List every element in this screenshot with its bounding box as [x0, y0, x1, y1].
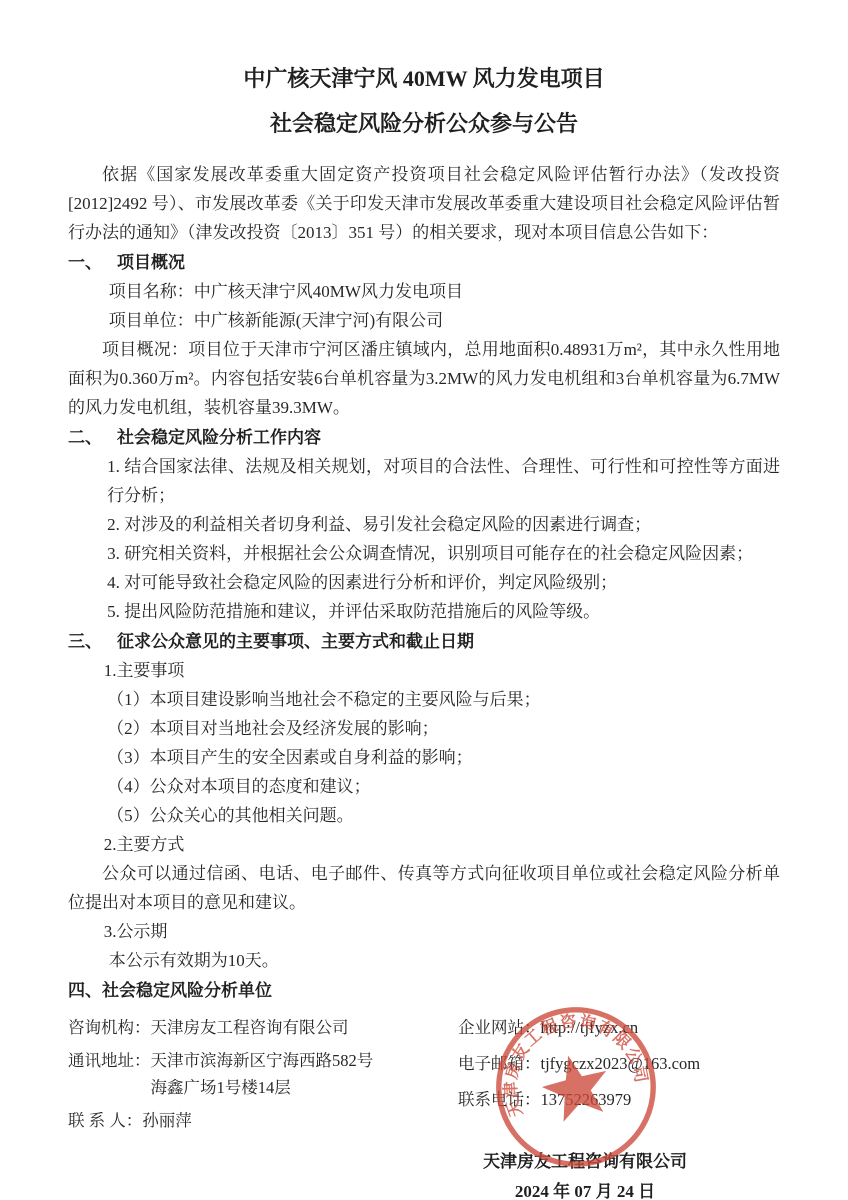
mailing-address-row: 通讯地址： 天津市滨海新区宁海西路582号 海鑫广场1号楼14层: [68, 1047, 458, 1101]
document-title-line2: 社会稳定风险分析公众参与公告: [68, 109, 780, 139]
list-item: 3. 研究相关资料，并根据社会公众调查情况，识别项目可能存在的社会稳定风险因素；: [68, 539, 780, 568]
document-title-line1: 中广核天津宁风 40MW 风力发电项目: [68, 64, 780, 94]
section2-title: 社会稳定风险分析工作内容: [117, 428, 321, 447]
consulting-agency-value: 天津房友工程咨询有限公司: [151, 1014, 349, 1041]
list-item: （3）本项目产生的安全因素或自身利益的影响；: [68, 743, 780, 772]
email-row: 电子邮箱： tjfygczx2023@163.com: [458, 1050, 780, 1077]
contact-person-label: 联 系 人：: [68, 1107, 142, 1134]
mailing-address-value: 天津市滨海新区宁海西路582号 海鑫广场1号楼14层: [151, 1047, 374, 1101]
list-item: 1. 结合国家法律、法规及相关规划，对项目的合法性、合理性、可行性和可控性等方面…: [68, 452, 780, 510]
contact-info-block: 咨询机构： 天津房友工程咨询有限公司 通讯地址： 天津市滨海新区宁海西路582号…: [68, 1014, 780, 1140]
company-website-row: 企业网站： http://tjfyzx.cn: [458, 1014, 780, 1041]
section1-title: 项目概况: [117, 253, 185, 272]
section3-title: 征求公众意见的主要事项、主要方式和截止日期: [117, 632, 474, 651]
section1-heading: 一、项目概况: [68, 248, 780, 277]
signature-company: 天津房友工程咨询有限公司: [455, 1147, 715, 1177]
list-item: （2）本项目对当地社会及经济发展的影响；: [68, 714, 780, 743]
section4-number: 四、: [68, 976, 102, 1005]
section3-heading: 三、征求公众意见的主要事项、主要方式和截止日期: [68, 627, 780, 656]
signature-block: 天津房友工程咨询有限公司 2024 年 07 月 24 日: [455, 1147, 715, 1200]
phone-label: 联系电话：: [458, 1086, 541, 1113]
list-item: 2. 对涉及的利益相关者切身利益、易引发社会稳定风险的因素进行调查；: [68, 510, 780, 539]
list-item: （4）公众对本项目的态度和建议；: [68, 772, 780, 801]
project-overview-paragraph: 项目概况：项目位于天津市宁河区潘庄镇域内，总用地面积0.48931万m²，其中永…: [68, 335, 780, 422]
signature-date: 2024 年 07 月 24 日: [455, 1177, 715, 1200]
subheading-main-method: 2.主要方式: [68, 830, 780, 859]
method-paragraph: 公众可以通过信函、电话、电子邮件、传真等方式向征收项目单位或社会稳定风险分析单位…: [68, 859, 780, 917]
section2-heading: 二、社会稳定风险分析工作内容: [68, 423, 780, 452]
mailing-address-label: 通讯地址：: [68, 1047, 151, 1074]
section1-number: 一、: [68, 248, 102, 277]
list-item: 5. 提出风险防范措施和建议，并评估采取防范措施后的风险等级。: [68, 597, 780, 626]
section3-number: 三、: [68, 627, 102, 656]
publicity-period-line: 本公示有效期为10天。: [68, 946, 780, 975]
announcement-page: 中广核天津宁风 40MW 风力发电项目 社会稳定风险分析公众参与公告 依据《国家…: [0, 0, 848, 1200]
section4-title: 社会稳定风险分析单位: [102, 981, 272, 1000]
list-item: 4. 对可能导致社会稳定风险的因素进行分析和评价，判定风险级别；: [68, 568, 780, 597]
company-website-value: http://tjfyzx.cn: [541, 1014, 639, 1041]
list-item: （1）本项目建设影响当地社会不稳定的主要风险与后果；: [68, 685, 780, 714]
phone-row: 联系电话： 13752263979: [458, 1086, 780, 1113]
phone-value: 13752263979: [541, 1086, 632, 1113]
mailing-address-line1: 天津市滨海新区宁海西路582号: [151, 1047, 374, 1074]
consulting-agency-row: 咨询机构： 天津房友工程咨询有限公司: [68, 1014, 458, 1041]
mailing-address-line2: 海鑫广场1号楼14层: [151, 1074, 374, 1101]
document-content: 中广核天津宁风 40MW 风力发电项目 社会稳定风险分析公众参与公告 依据《国家…: [0, 0, 848, 1200]
section4-heading: 四、社会稳定风险分析单位: [68, 976, 780, 1005]
email-label: 电子邮箱：: [458, 1050, 541, 1077]
subheading-publicity-period: 3.公示期: [68, 917, 780, 946]
section2-number: 二、: [68, 423, 102, 452]
contact-right-column: 企业网站： http://tjfyzx.cn 电子邮箱： tjfygczx202…: [458, 1014, 780, 1140]
project-unit-line: 项目单位：中广核新能源(天津宁河)有限公司: [68, 306, 780, 335]
subheading-main-matters: 1.主要事项: [68, 656, 780, 685]
intro-paragraph: 依据《国家发展改革委重大固定资产投资项目社会稳定风险评估暂行办法》（发改投资[2…: [68, 160, 780, 247]
contact-person-value: 孙丽萍: [142, 1107, 192, 1134]
contact-left-column: 咨询机构： 天津房友工程咨询有限公司 通讯地址： 天津市滨海新区宁海西路582号…: [68, 1014, 458, 1140]
email-value: tjfygczx2023@163.com: [541, 1050, 701, 1077]
project-name-line: 项目名称：中广核天津宁风40MW风力发电项目: [68, 277, 780, 306]
consulting-agency-label: 咨询机构：: [68, 1014, 151, 1041]
company-website-label: 企业网站：: [458, 1014, 541, 1041]
list-item: （5）公众关心的其他相关问题。: [68, 801, 780, 830]
contact-person-row: 联 系 人： 孙丽萍: [68, 1107, 458, 1134]
